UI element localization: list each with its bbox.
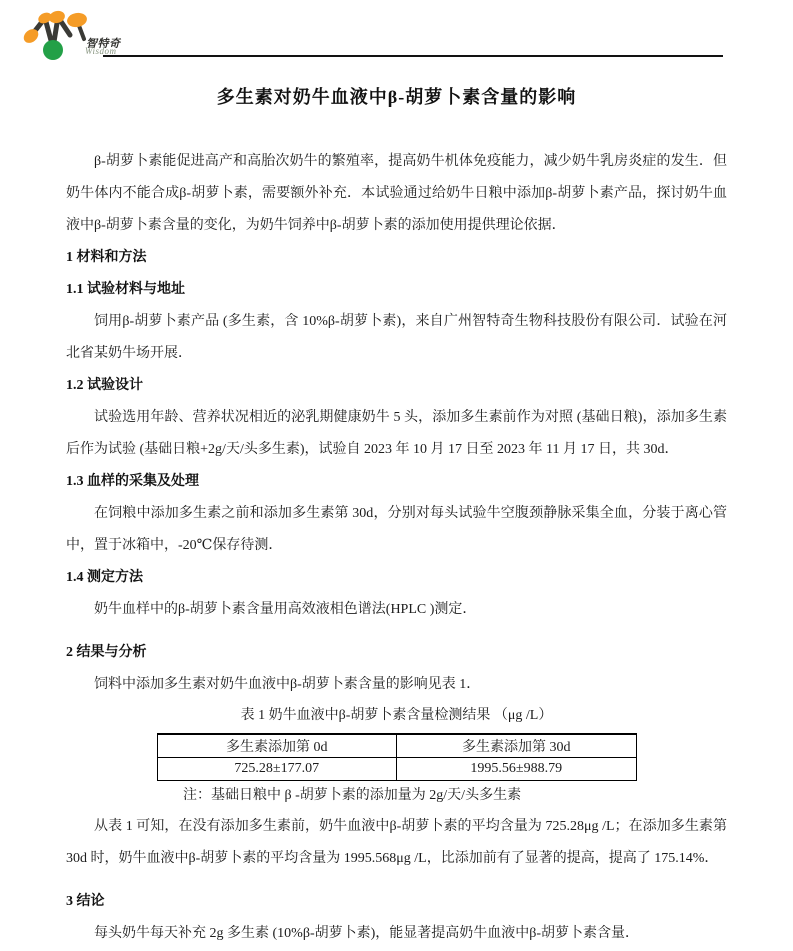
section-3-heading: 3 结论 [66,886,727,918]
section-1-4-heading: 1.4 测定方法 [66,562,727,594]
table-note: 注：基础日粮中 β -胡萝卜素的添加量为 2g/天/头多生素 [183,781,727,811]
section-1-4-paragraph: 奶牛血样中的β-胡萝卜素含量用高效液相色谱法(HPLC )测定． [66,594,727,626]
intro-paragraph: β-胡萝卜素能促进高产和高胎次奶牛的繁殖率，提高奶牛机体免疫能力，减少奶牛乳房炎… [66,146,727,242]
page-title: 多生素对奶牛血液中β-胡萝卜素含量的影响 [66,84,727,110]
table-value-cell: 725.28±177.07 [157,757,397,780]
section-1-2-paragraph: 试验选用年龄、营养状况相近的泌乳期健康奶牛 5 头，添加多生素前作为对照 (基础… [66,402,727,466]
table-row: 725.28±177.07 1995.56±988.79 [157,757,636,780]
results-table: 多生素添加第 0d 多生素添加第 30d 725.28±177.07 1995.… [157,733,637,781]
table-caption: 表 1 奶牛血液中β-胡萝卜素含量检测结果 （μg /L） [66,701,727,731]
section-1-2-heading: 1.2 试验设计 [66,370,727,402]
section-2-analysis-paragraph: 从表 1 可知，在没有添加多生素前，奶牛血液中β-胡萝卜素的平均含量为 725.… [66,811,727,875]
section-2-heading: 2 结果与分析 [66,637,727,669]
table-value-cell: 1995.56±988.79 [397,757,637,780]
section-1-3-paragraph: 在饲粮中添加多生素之前和添加多生素第 30d，分别对每头试验牛空腹颈静脉采集全血… [66,498,727,562]
section-2-lead-paragraph: 饲料中添加多生素对奶牛血液中β-胡萝卜素含量的影响见表 1． [66,669,727,701]
table-header-cell: 多生素添加第 0d [157,734,397,757]
table-header-cell: 多生素添加第 30d [397,734,637,757]
letterhead: 智特奇 Wisdom [0,0,793,70]
section-1-1-paragraph: 饲用β-胡萝卜素产品 (多生素，含 10%β-胡萝卜素)，来自广州智特奇生物科技… [66,306,727,370]
section-1-1-heading: 1.1 试验材料与地址 [66,274,727,306]
document-body: 多生素对奶牛血液中β-胡萝卜素含量的影响 β-胡萝卜素能促进高产和高胎次奶牛的繁… [66,84,727,950]
header-rule [103,55,723,57]
section-3-paragraph: 每头奶牛每天补充 2g 多生素 (10%β-胡萝卜素)，能显著提高奶牛血液中β-… [66,918,727,950]
table-header-row: 多生素添加第 0d 多生素添加第 30d [157,734,636,757]
section-1-3-heading: 1.3 血样的采集及处理 [66,466,727,498]
section-1-heading: 1 材料和方法 [66,242,727,274]
